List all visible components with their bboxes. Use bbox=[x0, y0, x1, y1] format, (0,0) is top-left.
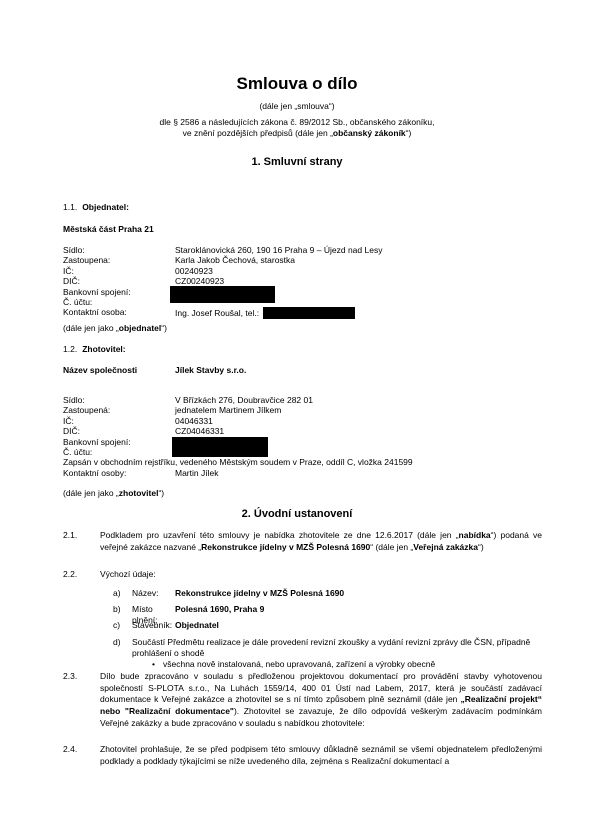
section2-heading: 2. Úvodní ustanovení bbox=[0, 508, 594, 521]
bullet-icon: • bbox=[152, 659, 163, 669]
clause-text: Dílo bude zpracováno v souladu s předlož… bbox=[100, 671, 542, 730]
table-row: Bankovní spojení: bbox=[63, 437, 541, 447]
clause-number: 2.4. bbox=[63, 744, 77, 754]
table-row: IČ:00240923 bbox=[63, 266, 541, 276]
table-row: DIČ:CZ00240923 bbox=[63, 276, 541, 286]
clause-2-1: 2.1. Podkladem pro uzavření této smlouvy… bbox=[63, 530, 542, 553]
table-row: Sídlo:Staroklánovická 260, 190 16 Praha … bbox=[63, 245, 541, 255]
legal-reference-line2: ve znění pozdějších předpisů (dále jen „… bbox=[0, 128, 594, 139]
table-row: Zastoupená:jednatelem Martinem Jílkem bbox=[63, 405, 541, 415]
client-alias: (dále jen jako „objednatel“) bbox=[63, 323, 167, 333]
clause-number: 2.2. bbox=[63, 569, 77, 579]
clause-number: 2.3. bbox=[63, 671, 77, 681]
client-company-name: Městská část Praha 21 bbox=[63, 224, 154, 234]
list-item-c: c)Stavebník:Objednatel bbox=[113, 620, 542, 631]
clause-number: 2.1. bbox=[63, 530, 77, 540]
redacted-phone-number bbox=[263, 307, 355, 319]
contractor-info-table: Sídlo:V Břízkách 276, Doubravčice 282 01… bbox=[63, 395, 541, 478]
clause-2-4: 2.4. Zhotovitel prohlašuje, že se před p… bbox=[63, 744, 542, 767]
list-item-d: d)Součástí Předmětu realizace je dále pr… bbox=[113, 637, 542, 658]
document-title: Smlouva o dílo bbox=[0, 74, 594, 94]
table-row: Kontaktní osoby:Martin Jílek bbox=[63, 468, 541, 478]
clause-number: 1.1. bbox=[63, 202, 77, 212]
clause-2-3: 2.3. Dílo bude zpracováno v souladu s př… bbox=[63, 671, 542, 730]
bullet-item: •všechna nově instalovaná, nebo upravova… bbox=[152, 659, 542, 669]
clause-2-2: 2.2. Výchozí údaje: bbox=[63, 569, 542, 581]
client-info-table: Sídlo:Staroklánovická 260, 190 16 Praha … bbox=[63, 245, 541, 319]
clause-text: Podkladem pro uzavření této smlouvy je n… bbox=[100, 530, 542, 553]
clause-text: Výchozí údaje: bbox=[100, 569, 542, 581]
table-row: DIČ:CZ04046331 bbox=[63, 426, 541, 436]
section1-heading: 1. Smluvní strany bbox=[0, 156, 594, 169]
clause-1-2-heading: 1.2.Zhotovitel: bbox=[63, 344, 126, 354]
redacted-bank-account bbox=[172, 437, 268, 457]
clause-text: Zhotovitel prohlašuje, že se před podpis… bbox=[100, 744, 542, 767]
table-row: Kontaktní osoba:Ing. Josef Roušal, tel.: bbox=[63, 307, 541, 319]
legal-reference-line1: dle § 2586 a následujících zákona č. 89/… bbox=[0, 117, 594, 128]
clause-1-1-heading: 1.1.Objednatel: bbox=[63, 202, 129, 212]
table-row: IČ:04046331 bbox=[63, 416, 541, 426]
table-row: Č. účtu: bbox=[63, 447, 541, 457]
contract-document-page: Smlouva o dílo (dále jen „smlouva“) dle … bbox=[0, 0, 594, 840]
table-row: Zastoupena:Karla Jakob Čechová, starostk… bbox=[63, 255, 541, 265]
legal-reference: dle § 2586 a následujících zákona č. 89/… bbox=[0, 117, 594, 138]
redacted-bank-account bbox=[170, 286, 275, 303]
table-row: Bankovní spojení: bbox=[63, 287, 541, 297]
contractor-company-name: Jílek Stavby s.r.o. bbox=[175, 365, 246, 375]
table-row: Sídlo:V Břízkách 276, Doubravčice 282 01 bbox=[63, 395, 541, 405]
list-item-a: a)Název:Rekonstrukce jídelny v MZŠ Poles… bbox=[113, 588, 542, 599]
table-row: Č. účtu: bbox=[63, 297, 541, 307]
contractor-alias: (dále jen jako „zhotovitel“) bbox=[63, 488, 164, 498]
contractor-company-row: Název společnostiJílek Stavby s.r.o. bbox=[63, 365, 541, 375]
registry-line: Zapsán v obchodním rejstříku, vedeného M… bbox=[63, 457, 541, 467]
clause-number: 1.2. bbox=[63, 344, 77, 354]
document-subtitle: (dále jen „smlouva“) bbox=[0, 101, 594, 111]
